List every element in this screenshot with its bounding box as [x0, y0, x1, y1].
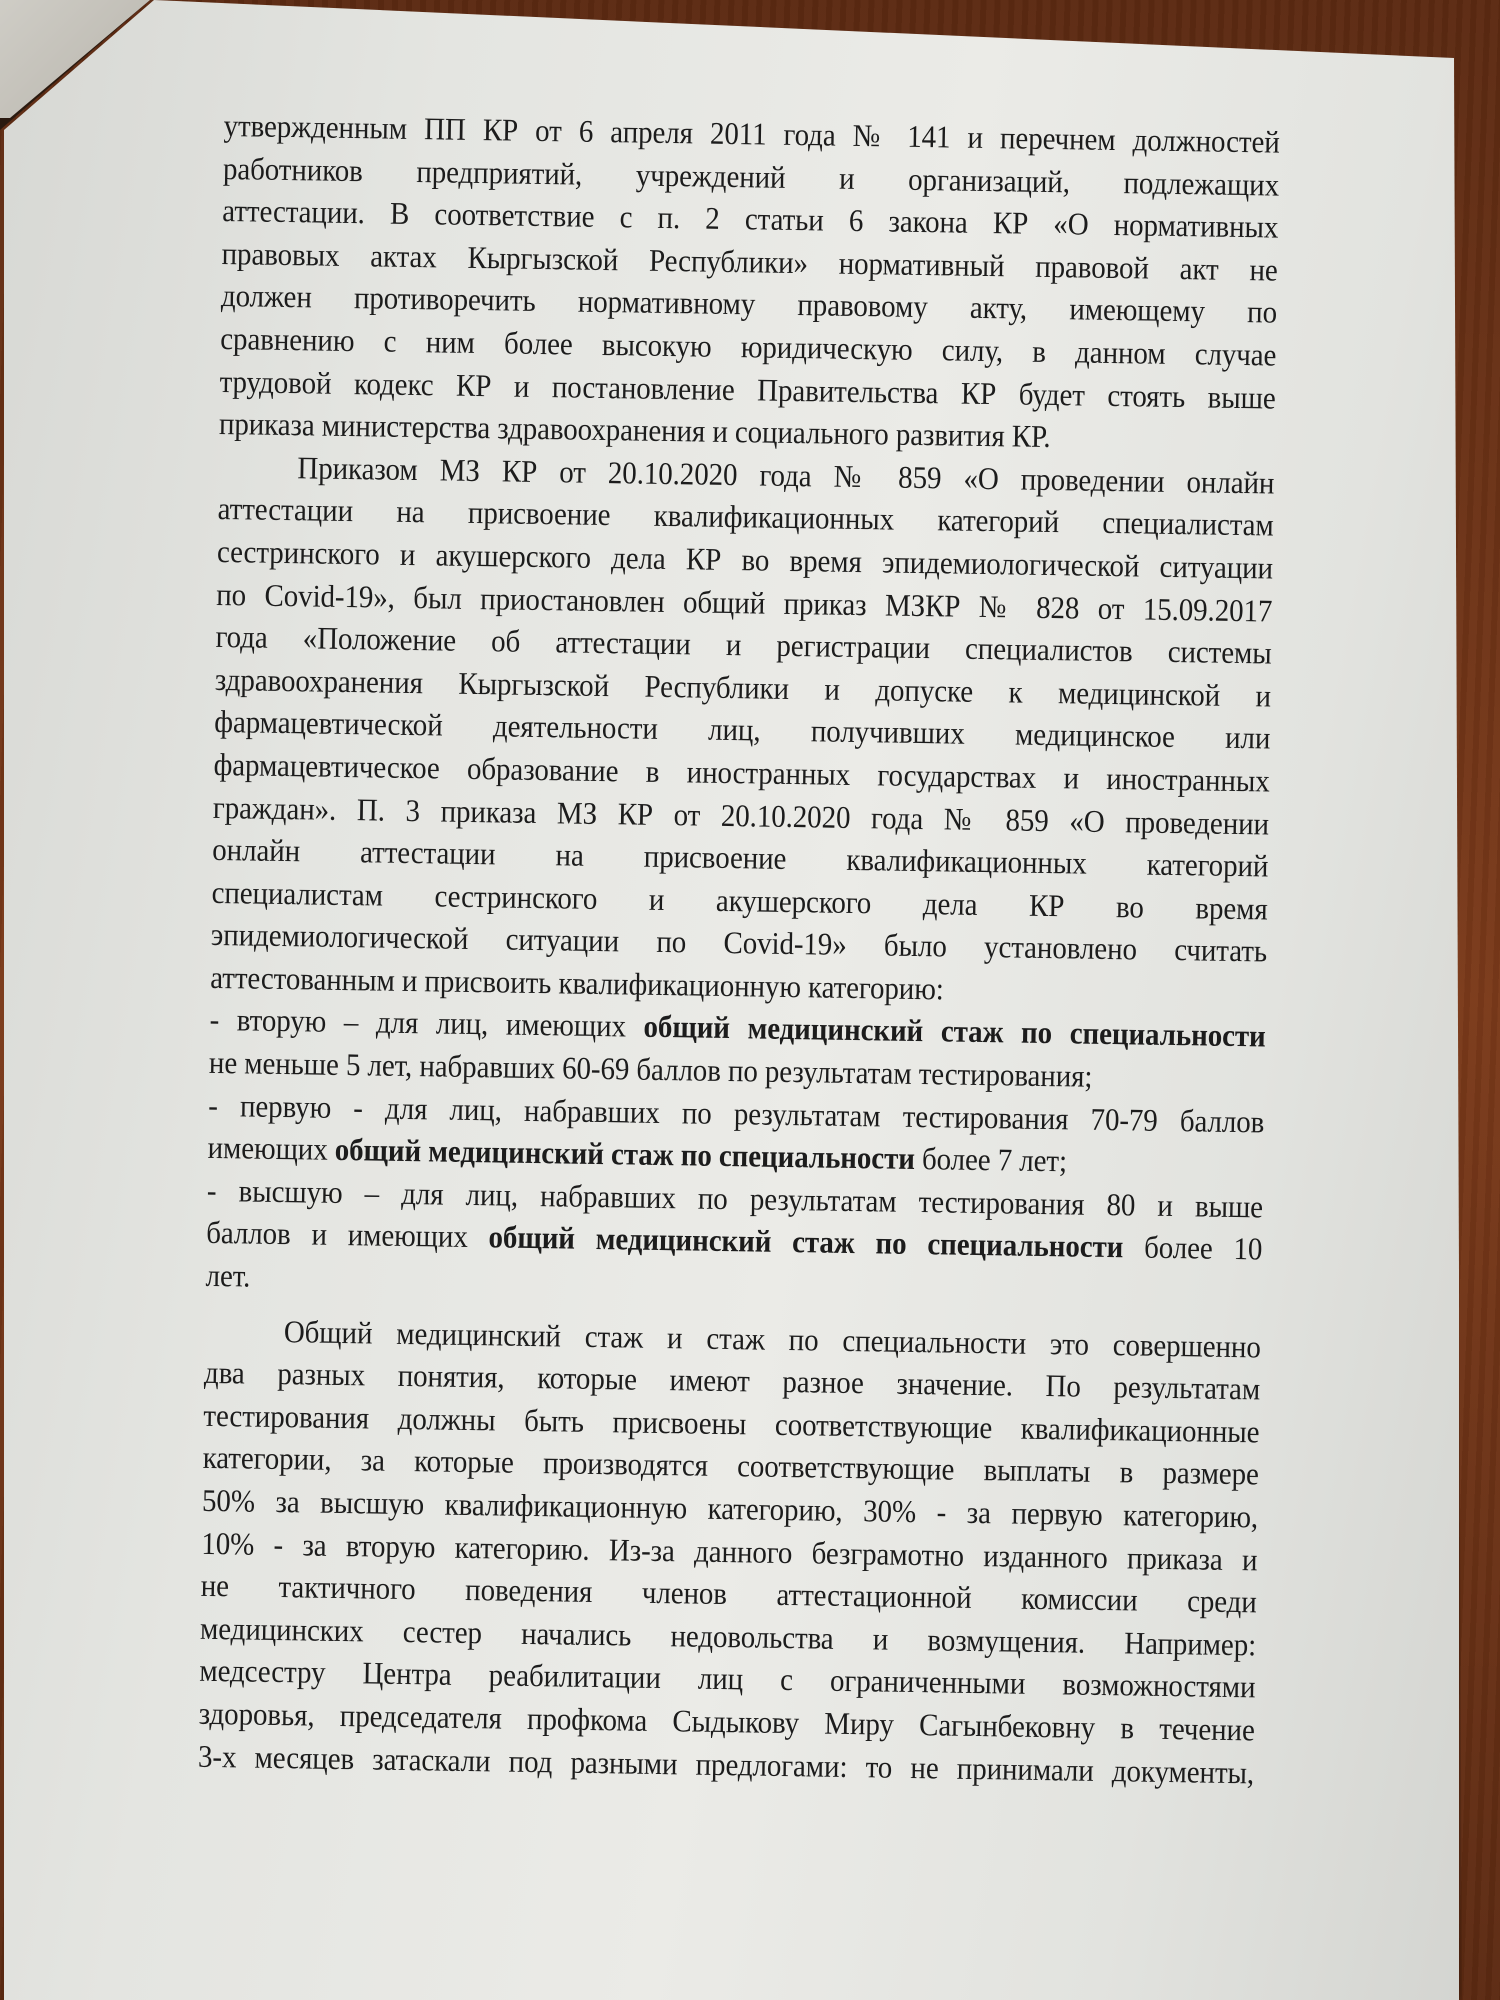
paragraph-2: Приказом МЗ КР от 20.10.2020 года № 859 … [210, 446, 1275, 1016]
document-body: утвержденным ПП КР от 6 апреля 2011 года… [198, 105, 1280, 1795]
paragraph-1: утвержденным ПП КР от 6 апреля 2011 года… [219, 105, 1280, 462]
category-item-second: - вторую – для лиц, имеющих общий медици… [209, 999, 1266, 1101]
document-page: утвержденным ПП КР от 6 апреля 2011 года… [4, 0, 1459, 2000]
category-item-highest: - высшую – для лиц, набравших по результ… [205, 1170, 1263, 1314]
paragraph-3: Общий медицинский стаж и стаж по специал… [198, 1309, 1261, 1794]
category-item-first: - первую - для лиц, набравших по результ… [207, 1085, 1264, 1187]
bold-emphasis: общий медицинский стаж по специальности [335, 1132, 916, 1176]
bold-emphasis: общий медицинский стаж по специальности [643, 1009, 1266, 1054]
bold-emphasis: общий медицинский стаж по специальности [488, 1220, 1123, 1265]
